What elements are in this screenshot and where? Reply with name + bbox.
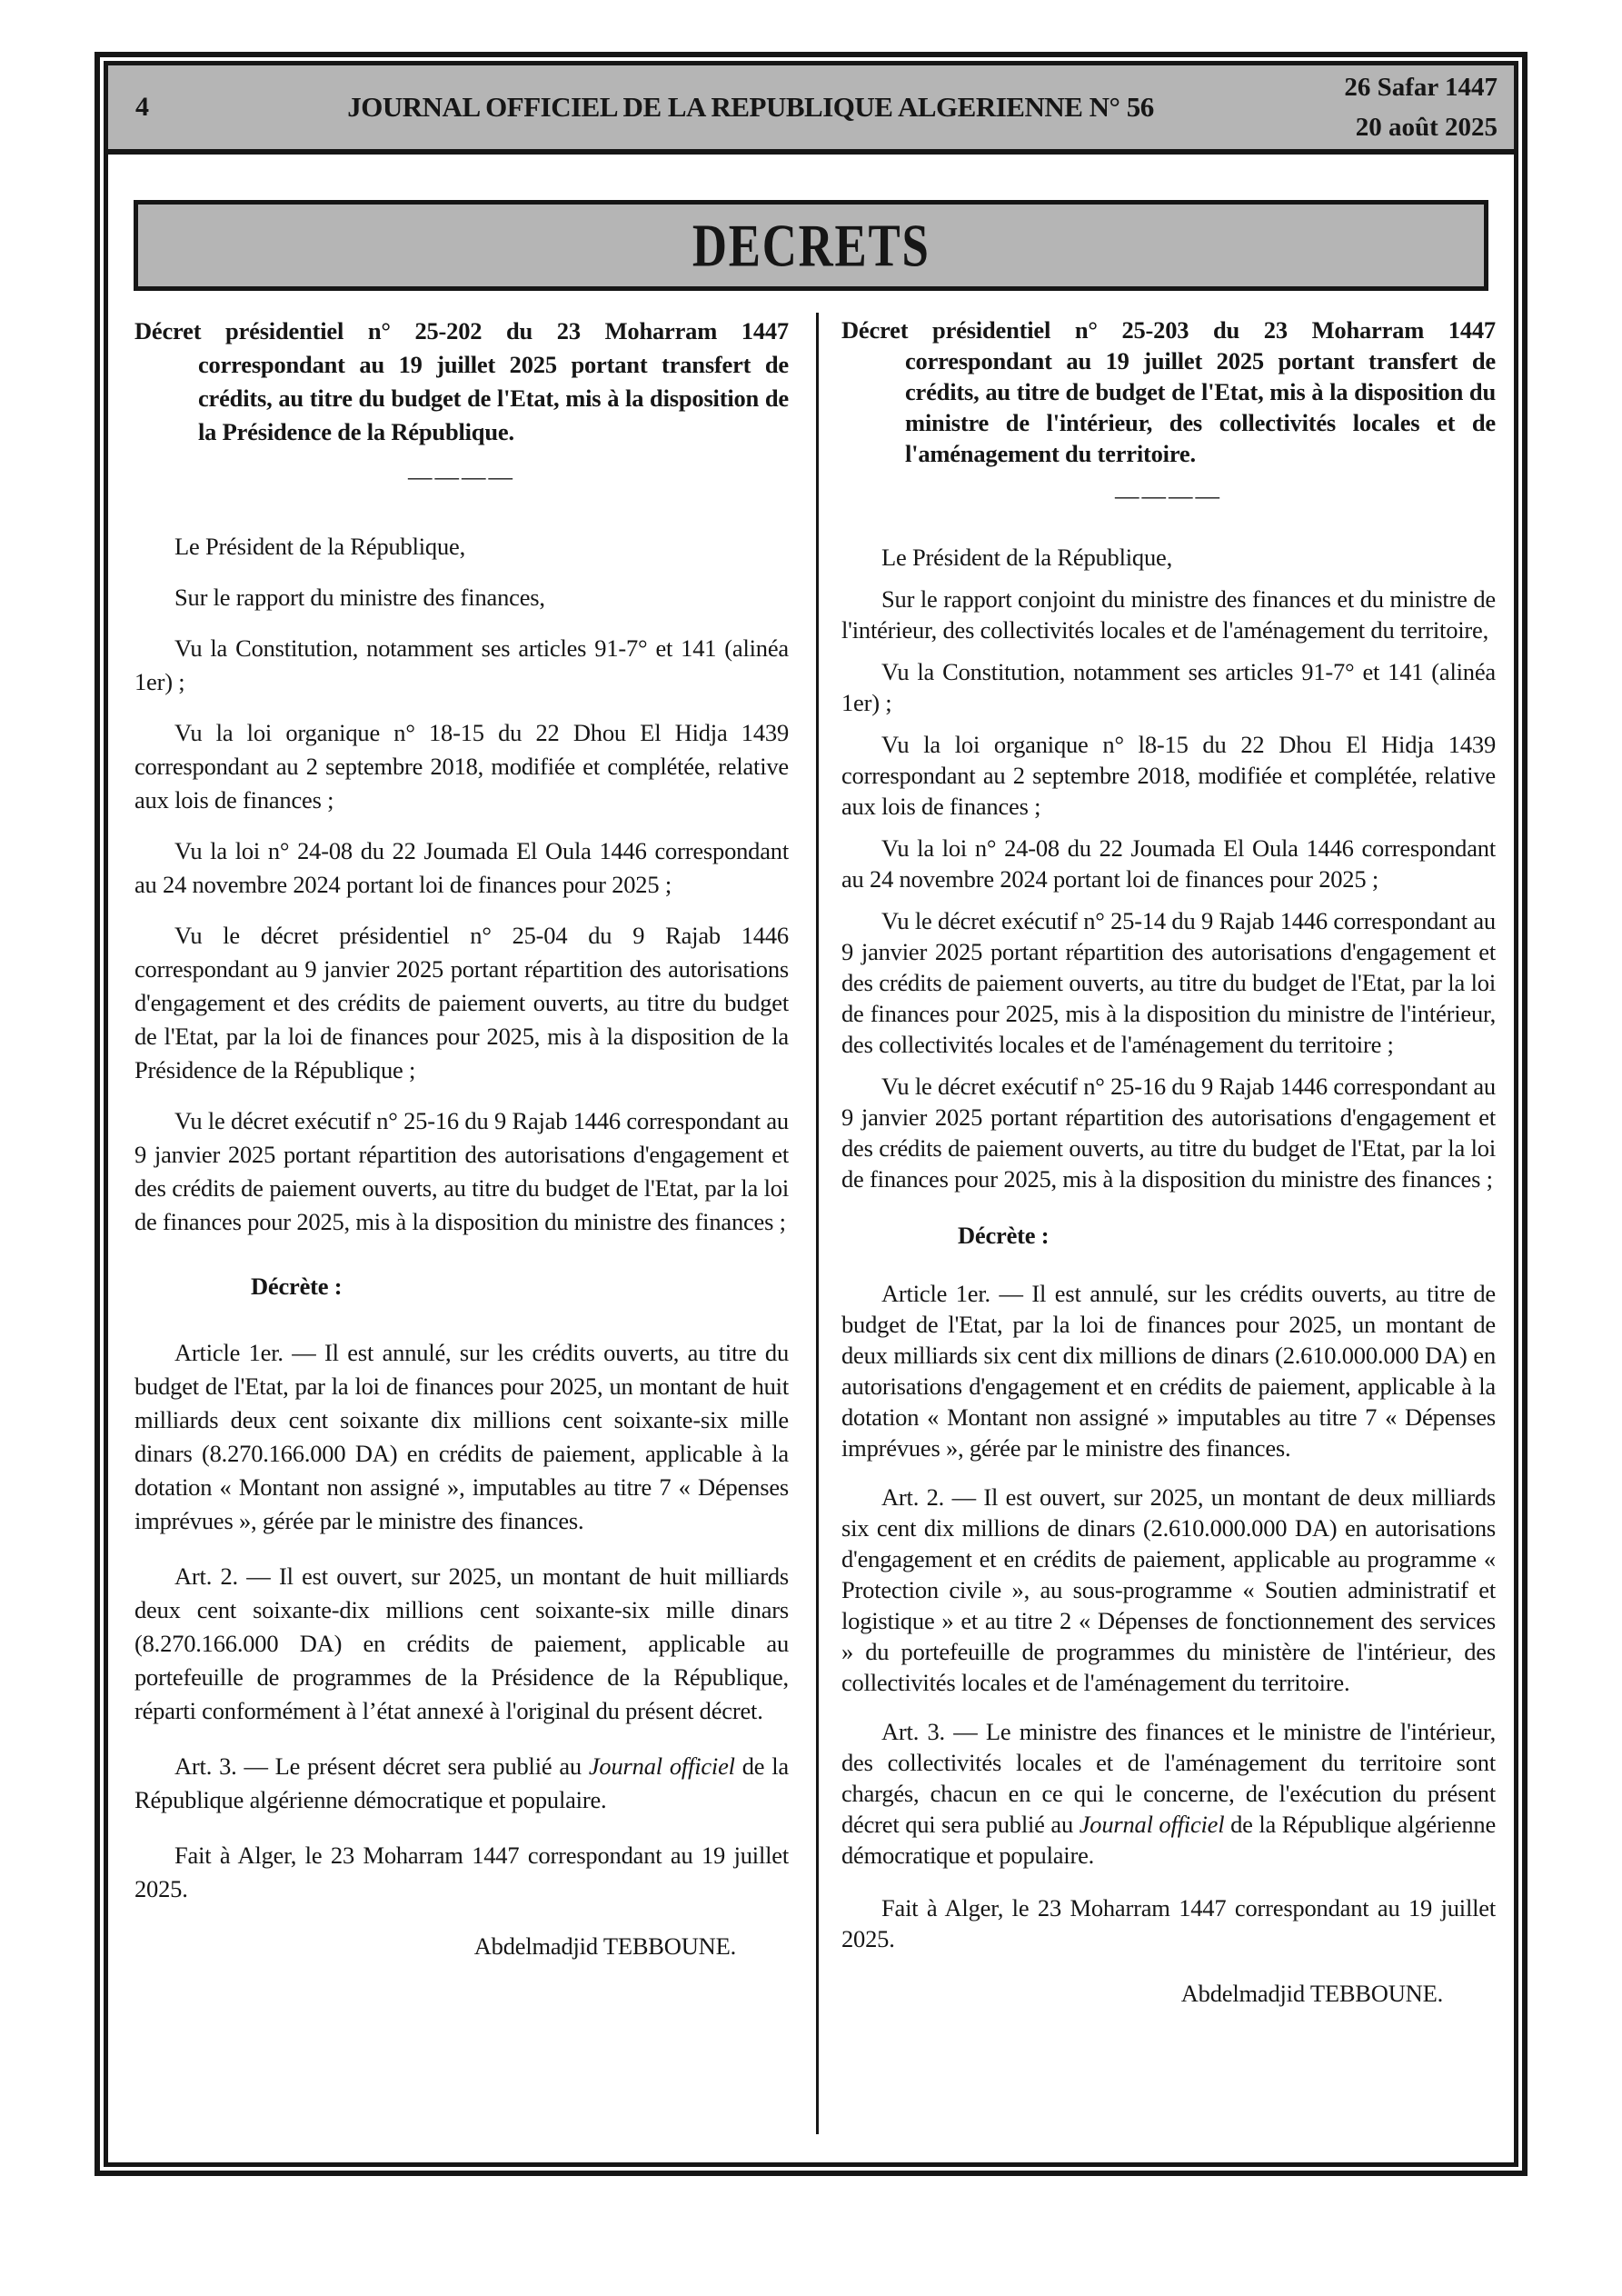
paragraph: Sur le rapport conjoint du ministre des … (841, 584, 1496, 645)
paragraph: Vu la loi n° 24-08 du 22 Joumada El Oula… (841, 833, 1496, 894)
paragraph: Le Président de la République, (841, 542, 1496, 573)
page-number: 4 (108, 92, 226, 123)
paragraph: Vu le décret exécutif n° 25-16 du 9 Raja… (134, 1104, 789, 1239)
column-divider (816, 313, 819, 2134)
date-gregorian: 20 août 2025 (1275, 107, 1498, 147)
journal-title: JOURNAL OFFICIEL DE LA REPUBLIQUE ALGERI… (226, 91, 1275, 124)
paragraph: Vu le décret exécutif n° 25-14 du 9 Raja… (841, 905, 1496, 1060)
masthead-dates: 26 Safar 1447 20 août 2025 (1275, 67, 1514, 147)
decree-column-left: Décret présidentiel n° 25-202 du 23 Moha… (134, 314, 813, 2033)
section-separator: ———— (134, 460, 789, 494)
article-2-paragraph: Art. 2. — Il est ouvert, sur 2025, un mo… (134, 1560, 789, 1728)
decree-word: Décrète : (958, 1220, 1496, 1251)
article-1-paragraph: Article 1er. — Il est annulé, sur les cr… (841, 1278, 1496, 1463)
journal-officiel-italic: Journal officiel (1080, 1811, 1225, 1838)
page-frame: 4 JOURNAL OFFICIEL DE LA REPUBLIQUE ALGE… (95, 52, 1527, 2176)
decree-word: Décrète : (251, 1270, 789, 1303)
paragraph: Vu la loi organique n° l8-15 du 22 Dhou … (841, 729, 1496, 822)
signature: Abdelmadjid TEBBOUNE. (134, 1930, 789, 1963)
decree-title: Décret présidentiel n° 25-202 du 23 Moha… (134, 314, 789, 449)
section-banner-title: DECRETS (692, 210, 930, 280)
paragraph: Vu le décret présidentiel n° 25-04 du 9 … (134, 919, 789, 1087)
paragraph: Le Président de la République, (134, 530, 789, 564)
signature: Abdelmadjid TEBBOUNE. (841, 1978, 1496, 2009)
article-3-paragraph: Art. 3. — Le présent décret sera publié … (134, 1750, 789, 1817)
decree-title: Décret présidentiel n° 25-203 du 23 Moha… (841, 314, 1496, 469)
section-banner: DECRETS (134, 200, 1488, 291)
signing-date-line: Fait à Alger, le 23 Moharram 1447 corres… (841, 1892, 1496, 1954)
paragraph: Vu le décret exécutif n° 25-16 du 9 Raja… (841, 1071, 1496, 1194)
signing-date-line: Fait à Alger, le 23 Moharram 1447 corres… (134, 1839, 789, 1906)
paragraph: Vu la Constitution, notamment ses articl… (134, 632, 789, 699)
section-separator: ———— (841, 480, 1496, 511)
paragraph: Vu la loi n° 24-08 du 22 Joumada El Oula… (134, 834, 789, 902)
journal-page: { "header": { "page_number": "4", "journ… (0, 0, 1622, 2296)
paragraph: Vu la loi organique n° 18-15 du 22 Dhou … (134, 716, 789, 817)
article-1-paragraph: Article 1er. — Il est annulé, sur les cr… (134, 1336, 789, 1538)
decree-column-right: Décret présidentiel n° 25-203 du 23 Moha… (813, 314, 1496, 2033)
page-frame-inner: 4 JOURNAL OFFICIEL DE LA REPUBLIQUE ALGE… (104, 61, 1518, 2167)
journal-officiel-italic: Journal officiel (589, 1752, 735, 1780)
article-3-text: Art. 3. — Le présent décret sera publié … (174, 1752, 589, 1780)
date-hijri: 26 Safar 1447 (1275, 67, 1498, 107)
masthead-band: 4 JOURNAL OFFICIEL DE LA REPUBLIQUE ALGE… (108, 65, 1514, 155)
paragraph: Vu la Constitution, notamment ses articl… (841, 656, 1496, 718)
article-2-paragraph: Art. 2. — Il est ouvert, sur 2025, un mo… (841, 1482, 1496, 1698)
paragraph: Sur le rapport du ministre des finances, (134, 581, 789, 614)
decrees-columns: Décret présidentiel n° 25-202 du 23 Moha… (134, 314, 1496, 2033)
article-3-paragraph: Art. 3. — Le ministre des finances et le… (841, 1716, 1496, 1871)
